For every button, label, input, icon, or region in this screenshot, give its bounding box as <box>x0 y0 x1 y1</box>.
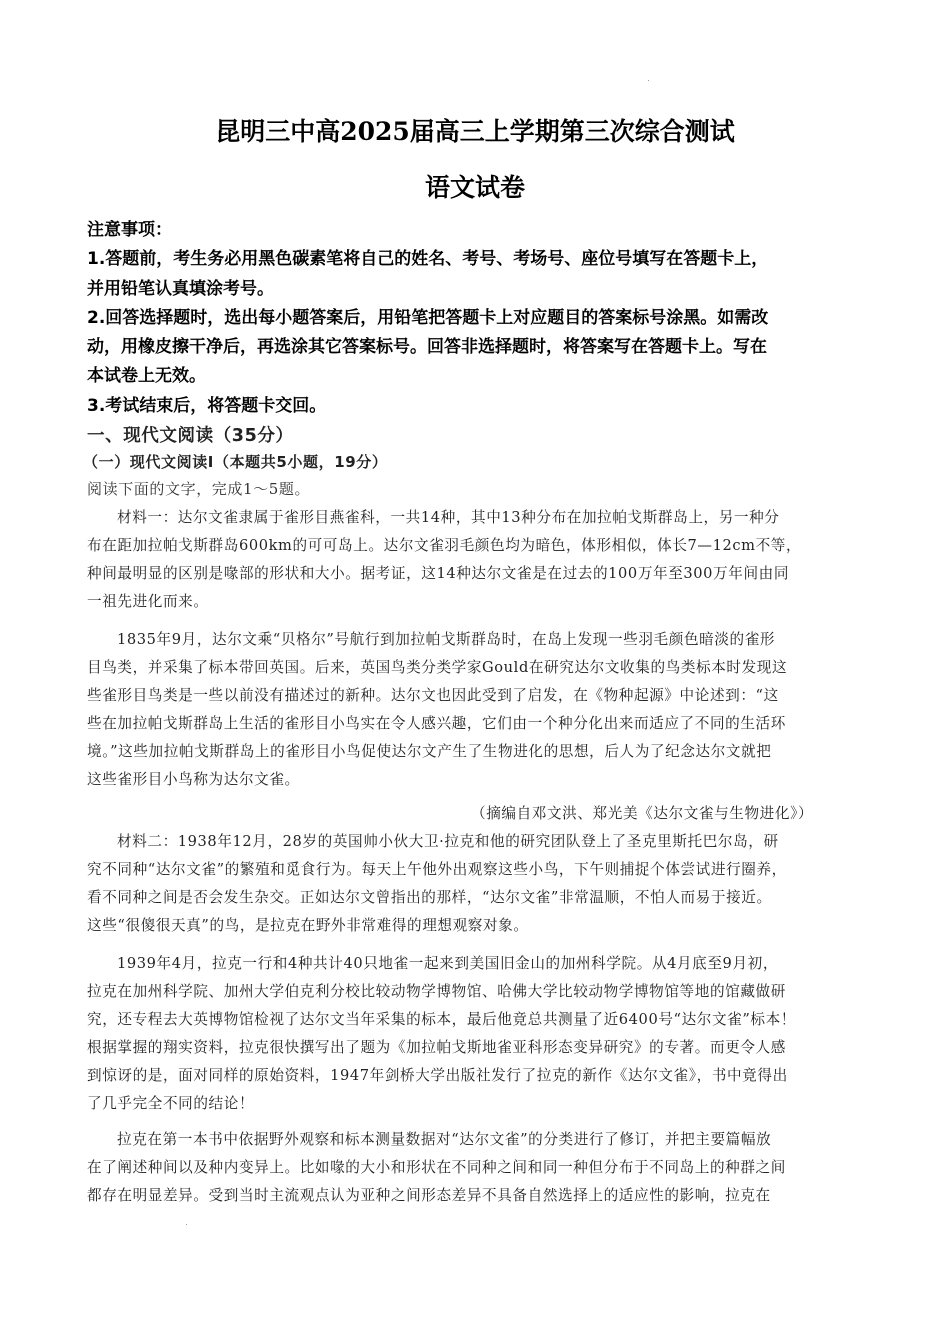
scan-speck <box>648 80 649 81</box>
passage-line: 布在距加拉帕戈斯群岛600km的可可岛上。达尔文雀羽毛颜色均为暗色，体形相似，体… <box>87 534 801 555</box>
passage-line: 拉克在第一本书中依据野外观察和标本测量数据对“达尔文雀”的分类进行了修订，并把主… <box>117 1128 771 1149</box>
passage-line: 这些雀形目小鸟称为达尔文雀。 <box>87 768 300 789</box>
passage-line: 了几乎完全不同的结论！ <box>87 1092 254 1113</box>
citation: （摘编自邓文洪、郑光美《达尔文雀与生物进化》） <box>471 802 813 823</box>
notice-line: 本试卷上无效。 <box>87 361 206 386</box>
passage-line: 根据掌握的翔实资料，拉克很快撰写出了题为《加拉帕戈斯地雀亚科形态变异研究》的专著… <box>87 1036 786 1057</box>
section-title: 一、现代文阅读（35分） <box>87 422 294 447</box>
passage-line: 一祖先进化而来。 <box>87 590 209 611</box>
section-instruction: 阅读下面的文字，完成1～5题。 <box>87 478 310 499</box>
exam-title: 昆明三中高2025届高三上学期第三次综合测试 <box>0 112 950 148</box>
passage-line: 拉克在加州科学院、加州大学伯克利分校比较动物学博物馆、哈佛大学比较动物学博物馆等… <box>87 980 786 1001</box>
exam-page: 昆明三中高2025届高三上学期第三次综合测试 语文试卷 注意事项： 1.答题前，… <box>0 0 950 1344</box>
passage-line: 种间最明显的区别是喙部的形状和大小。据考证，这14种达尔文雀是在过去的100万年… <box>87 562 789 583</box>
notice-line: 动，用橡皮擦干净后，再选涂其它答案标号。回答非选择题时，将答案写在答题卡上。写在 <box>87 332 767 357</box>
exam-subject: 语文试卷 <box>0 168 950 204</box>
passage-line: 究，还专程去大英博物馆检视了达尔文当年采集的标本，最后他竟总共测量了近6400号… <box>87 1008 796 1029</box>
section-subtitle: （一）现代文阅读Ⅰ（本题共5小题，19分） <box>83 451 388 472</box>
passage-line: 1939年4月，拉克一行和4种共计40只地雀一起来到美国旧金山的加州科学院。从4… <box>117 952 778 973</box>
passage-line: 究不同种“达尔文雀”的繁殖和觅食行为。每天上午他外出观察这些小鸟，下午则捕捉个体… <box>87 858 787 879</box>
passage-line: 材料二：1938年12月，28岁的英国帅小伙大卫·拉克和他的研究团队登上了圣克里… <box>117 830 779 851</box>
notice-line: 并用铅笔认真填涂考号。 <box>87 274 274 299</box>
passage-line: 看不同种之间是否会发生杂交。正如达尔文曾指出的那样，“达尔文雀”非常温顺，不怕人… <box>87 886 772 907</box>
passage-line: 这些“很傻很天真”的鸟，是拉克在野外非常难得的理想观察对象。 <box>87 914 529 935</box>
passage-line: 目鸟类，并采集了标本带回英国。后来，英国鸟类分类学家Gould在研究达尔文收集的… <box>87 656 787 677</box>
passage-line: 境。”这些加拉帕戈斯群岛上的雀形目小鸟促使达尔文产生了生物进化的思想，后人为了纪… <box>87 740 771 761</box>
scan-speck <box>186 1224 187 1225</box>
passage-line: 些在加拉帕戈斯群岛上生活的雀形目小鸟实在令人感兴趣，它们由一个种分化出来而适应了… <box>87 712 786 733</box>
passage-line: 材料一：达尔文雀隶属于雀形目燕雀科，一共14种，其中13种分布在加拉帕戈斯群岛上… <box>117 506 780 527</box>
passage-line: 1835年9月，达尔文乘“贝格尔”号航行到加拉帕戈斯群岛时，在岛上发现一些羽毛颜… <box>117 628 775 649</box>
notice-line: 3.考试结束后，将答题卡交回。 <box>87 391 326 416</box>
passage-line: 些雀形目鸟类是一些以前没有描述过的新种。达尔文也因此受到了启发，在《物种起源》中… <box>87 684 779 705</box>
notice-line: 1.答题前，考生务必用黑色碳素笔将自己的姓名、考号、考场号、座位号填写在答题卡上… <box>87 244 768 269</box>
notice-line: 2.回答选择题时，选出每小题答案后，用铅笔把答题卡上对应题目的答案标号涂黑。如需… <box>87 303 768 328</box>
passage-line: 都存在明显差异。受到当时主流观点认为亚种之间形态差异不具备自然选择上的适应性的影… <box>87 1184 771 1205</box>
notice-heading: 注意事项： <box>87 215 172 240</box>
passage-line: 在了阐述种间以及种内变异上。比如喙的大小和形状在不同种之间和同一种但分布于不同岛… <box>87 1156 786 1177</box>
passage-line: 到惊讶的是，面对同样的原始资料，1947年剑桥大学出版社发行了拉克的新作《达尔文… <box>87 1064 788 1085</box>
